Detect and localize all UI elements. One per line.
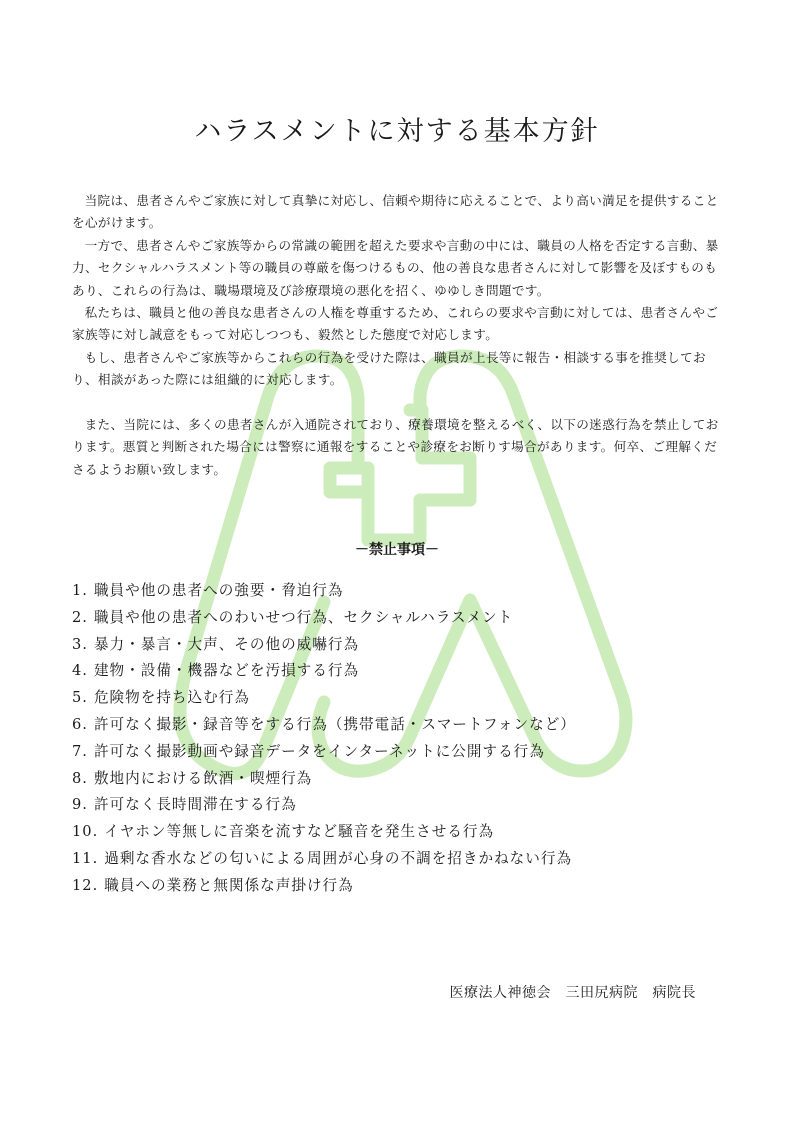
prohibited-list: 1.職員や他の患者への強要・脅迫行為 2.職員や他の患者へのわいせつ行為、セクシ… [72,578,576,900]
item-number: 4. [72,658,88,685]
page-title: ハラスメントに対する基本方針 [0,112,794,152]
list-item: 9.許可なく長時間滞在する行為 [72,792,576,819]
item-number: 11. [72,846,98,873]
prohibited-heading: －禁止事項－ [0,539,794,561]
item-text: 許可なく撮影動画や録音データをインターネットに公開する行為 [94,743,545,760]
item-text: 許可なく撮影・録音等をする行為（携帯電話・スマートフォンなど） [94,716,576,733]
list-item: 12.職員への業務と無関係な声掛け行為 [72,873,576,900]
paragraph: 私たちは、職員と他の善良な患者さんの人権を尊重するため、これらの要求や言動に対し… [72,302,722,347]
item-number: 8. [72,766,88,793]
item-number: 5. [72,685,88,712]
list-item: 1.職員や他の患者への強要・脅迫行為 [72,578,576,605]
item-text: 暴力・暴言・大声、その他の威嚇行為 [94,636,359,653]
list-item: 6.許可なく撮影・録音等をする行為（携帯電話・スマートフォンなど） [72,712,576,739]
item-number: 10. [72,819,98,846]
signature: 医療法人神徳会 三田尻病院 病院長 [450,982,697,1004]
list-item: 2.職員や他の患者へのわいせつ行為、セクシャルハラスメント [72,605,576,632]
list-item: 11.過剰な香水などの匂いによる周囲が心身の不調を招きかねない行為 [72,846,576,873]
item-number: 3. [72,632,88,659]
item-text: 危険物を持ち込む行為 [94,689,250,706]
paragraph: 一方で、患者さんやご家族等からの常識の範囲を超えた要求や言動の中には、職員の人格… [72,235,722,302]
item-text: 敷地内における飲酒・喫煙行為 [94,770,312,787]
item-text: 建物・設備・機器などを汚損する行為 [94,662,359,679]
item-text: 職員への業務と無関係な声掛け行為 [104,877,354,894]
item-number: 6. [72,712,88,739]
item-number: 7. [72,739,88,766]
item-number: 12. [72,873,98,900]
list-item: 10.イヤホン等無しに音楽を流すなど騒音を発生させる行為 [72,819,576,846]
item-text: 過剰な香水などの匂いによる周囲が心身の不調を招きかねない行為 [104,850,572,867]
paragraph: 当院は、患者さんやご家族に対して真摯に対応し、信頼や期待に応えることで、より高い… [72,190,722,235]
item-number: 2. [72,605,88,632]
item-text: 許可なく長時間滞在する行為 [94,796,297,813]
list-item: 7.許可なく撮影動画や録音データをインターネットに公開する行為 [72,739,576,766]
item-text: 職員や他の患者への強要・脅迫行為 [94,582,344,599]
item-text: 職員や他の患者へのわいせつ行為、セクシャルハラスメント [94,609,513,626]
list-item: 4.建物・設備・機器などを汚損する行為 [72,658,576,685]
paragraph: もし、患者さんやご家族等からこれらの行為を受けた際は、職員が上長等に報告・相談す… [72,347,722,392]
item-text: イヤホン等無しに音楽を流すなど騒音を発生させる行為 [104,823,494,840]
item-number: 1. [72,578,88,605]
list-item: 8.敷地内における飲酒・喫煙行為 [72,766,576,793]
list-item: 3.暴力・暴言・大声、その他の威嚇行為 [72,632,576,659]
intro-section: 当院は、患者さんやご家族に対して真摯に対応し、信頼や期待に応えることで、より高い… [72,190,722,481]
document-page: ハラスメントに対する基本方針 当院は、患者さんやご家族に対して真摯に対応し、信頼… [0,0,794,1122]
list-item: 5.危険物を持ち込む行為 [72,685,576,712]
item-number: 9. [72,792,88,819]
paragraph: また、当院には、多くの患者さんが入通院されており、療養環境を整えるべく、以下の迷… [72,414,722,481]
